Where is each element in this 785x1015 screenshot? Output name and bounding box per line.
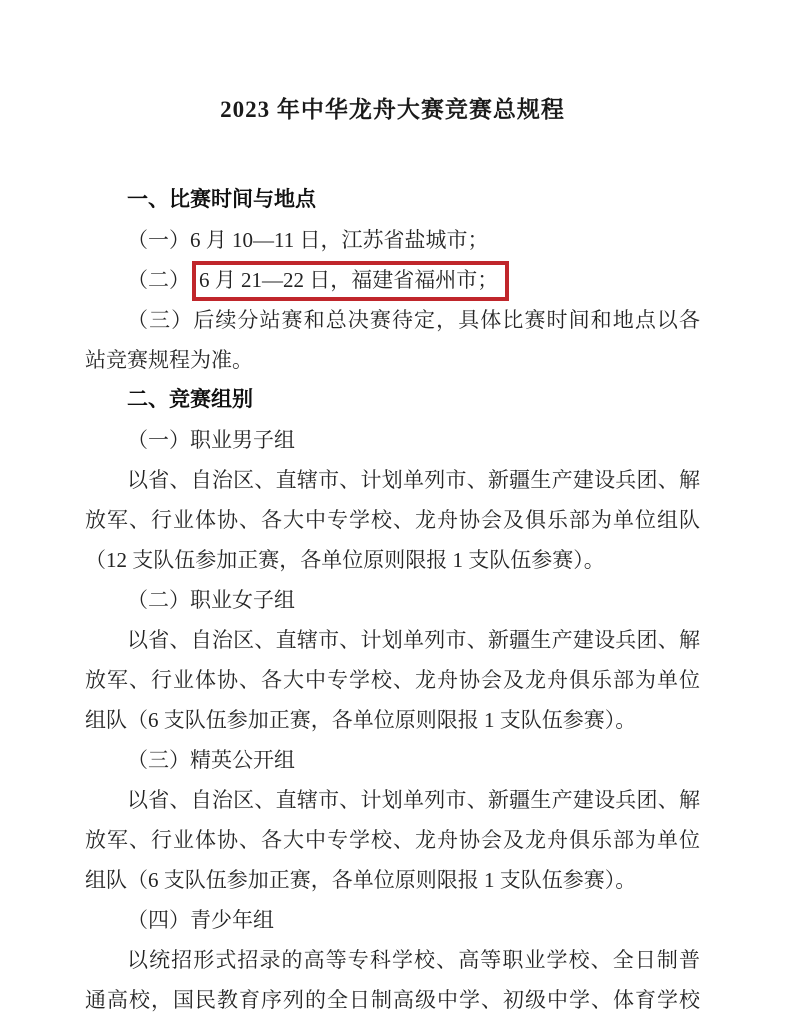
group3-body-line-3: 组队（6 支队伍参加正赛，各单位原则限报 1 支队伍参赛）。 [85,860,700,900]
group2-label: （二）职业女子组 [85,580,700,620]
highlight-box: 6 月 21—22 日，福建省福州市； [192,261,509,301]
document-title: 2023 年中华龙舟大赛竞赛总规程 [85,90,700,130]
venue-item-fuzhou: （二）6 月 21—22 日，福建省福州市； [85,260,700,300]
group2-body-line-2: 放军、行业体协、各大中专学校、龙舟协会及龙舟俱乐部为单位 [85,660,700,700]
section2-heading: 二、竞赛组别 [85,380,700,420]
venue-item-yancheng: （一）6 月 10—11 日，江苏省盐城市； [85,220,700,260]
group4-body-line-2: 通高校，国民教育序列的全日制高级中学、初级中学、体育学校 [85,980,700,1015]
group1-body-line-1: 以省、自治区、直辖市、计划单列市、新疆生产建设兵团、解 [85,460,700,500]
group1-body-line-3: （12 支队伍参加正赛，各单位原则限报 1 支队伍参赛）。 [85,540,700,580]
venue-item-fuzhou-prefix: （二） [127,268,190,292]
venue-item-tbd-line-1: （三）后续分站赛和总决赛待定，具体比赛时间和地点以各 [85,300,700,340]
document-page: 2023 年中华龙舟大赛竞赛总规程 一、比赛时间与地点 （一）6 月 10—11… [0,0,785,1015]
group3-label: （三）精英公开组 [85,740,700,780]
group3-body-line-1: 以省、自治区、直辖市、计划单列市、新疆生产建设兵团、解 [85,780,700,820]
group2-body-line-3: 组队（6 支队伍参加正赛，各单位原则限报 1 支队伍参赛）。 [85,700,700,740]
group4-body-line-1: 以统招形式招录的高等专科学校、高等职业学校、全日制普 [85,940,700,980]
venue-item-tbd-line-2: 站竞赛规程为准。 [85,340,700,380]
group1-body-line-2: 放军、行业体协、各大中专学校、龙舟协会及俱乐部为单位组队 [85,500,700,540]
group1-label: （一）职业男子组 [85,420,700,460]
section1-heading: 一、比赛时间与地点 [85,180,700,220]
group4-label: （四）青少年组 [85,900,700,940]
group2-body-line-1: 以省、自治区、直辖市、计划单列市、新疆生产建设兵团、解 [85,620,700,660]
group3-body-line-2: 放军、行业体协、各大中专学校、龙舟协会及龙舟俱乐部为单位 [85,820,700,860]
